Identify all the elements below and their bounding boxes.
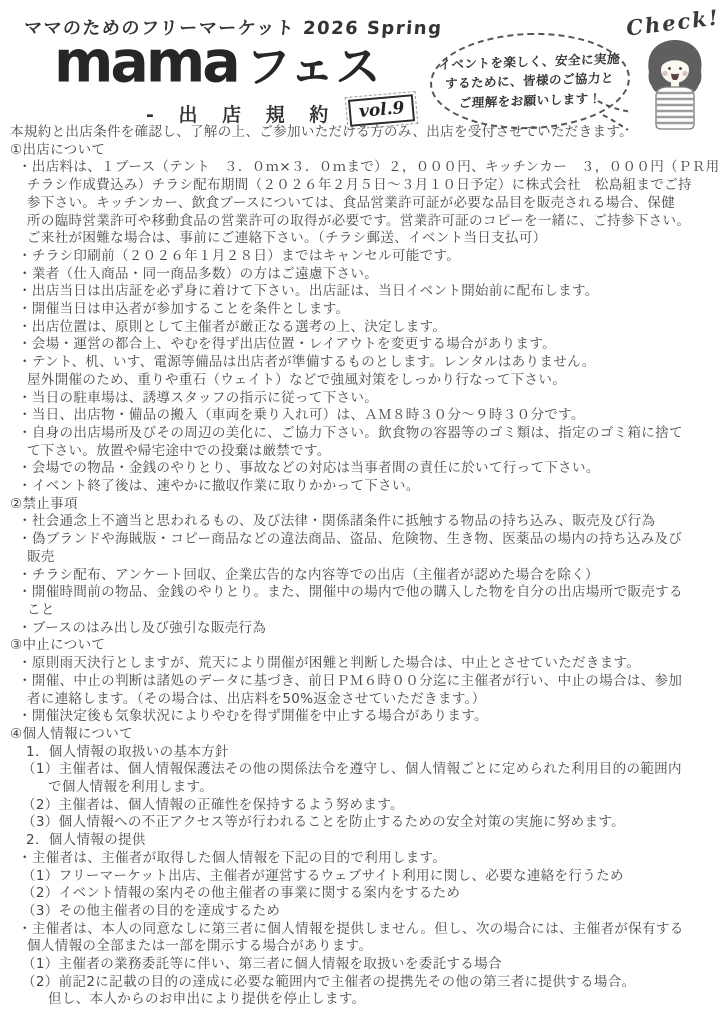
document-line: ・出店位置は、原則として主催者が厳正なる選考の上、決定します。 (10, 319, 720, 337)
document-line: ・会場・運営の都合上、やむを得ず出店位置・レイアウトを変更する場合があります。 (10, 336, 720, 354)
document-line: ・開催決定後も気象状況によりやむを得ず開催を中止する場合があります。 (10, 708, 720, 726)
document-line: ・当日の駐車場は、誘導スタッフの指示に従って下さい。 (10, 390, 720, 408)
document-line: ・開催当日は申込者が参加することを条件とします。 (10, 301, 720, 319)
document-line: 1．個人情報の取扱いの基本方針 (10, 744, 720, 762)
header: ママのためのフリーマーケット 2026 Spring mama フェス - 出 … (0, 0, 724, 126)
document-line: 本規約と出店条件を確認し、了解の上、ご参加いただける方のみ、出店を受付させていた… (10, 124, 720, 142)
document-line: ・チラシ印刷前（２０２６年１月２８日）まではキャンセル可能です。 (10, 248, 720, 266)
document-subtitle: - 出 店 規 約 - (146, 100, 370, 127)
speech-bubble-line: ご理解をお願いします！ (459, 88, 603, 112)
document-line: ②禁止事項 (10, 496, 720, 514)
document-line: 者に連絡します。（その場合は、出店料を50%返金させていただきます。） (10, 691, 720, 709)
logo-mama-text: mama (54, 33, 238, 91)
mascot-woman-illustration (632, 36, 718, 130)
document-line: （1）フリーマーケット出店、主催者が運営するウェブサイト利用に関し、必要な連絡を… (10, 868, 720, 886)
logo-fes-text: フェス (246, 44, 382, 91)
document-line: ・当日、出店物・備品の搬入（車両を乗り入れ可）は、ＡＭ８時３０分～９時３０分です… (10, 407, 720, 425)
volume-badge: vol.9 (348, 94, 416, 127)
document-line: 参下さい。キッチンカー、飲食ブースについては、食品営業許可証が必要な品目を販売さ… (10, 195, 720, 213)
terms-body: 本規約と出店条件を確認し、了解の上、ご参加いただける方のみ、出店を受付させていた… (10, 124, 720, 1009)
document-line: ・会場での物品・金銭のやりとり、事故などの対応は当事者間の責任に於いて行って下さ… (10, 460, 720, 478)
document-line: ・自身の出店場所及びその周辺の美化に、ご協力下さい。飲食物の容器等のゴミ類は、指… (10, 425, 720, 443)
document-line: ・チラシ配布、アンケート回収、企業広告的な内容等での出店（主催者が認めた場合を除… (10, 567, 720, 585)
document-line: 個人情報の全部または一部を開示する場合があります。 (10, 938, 720, 956)
terms-lines: 本規約と出店条件を確認し、了解の上、ご参加いただける方のみ、出店を受付させていた… (10, 124, 720, 1009)
document-line: ・社会通念上不適当と思われるもの、及び法律・関係諸条件に抵触する物品の持ち込み、… (10, 513, 720, 531)
document-line: （1）主催者は、個人情報保護法その他の関係法令を遵守し、個人情報ごとに定められた… (10, 761, 720, 779)
document-line: ・開催時間前の物品、金銭のやりとり。また、開催中の場内で他の購入した物を自分の出… (10, 584, 720, 602)
document-line: ・主催者は、本人の同意なしに第三者に個人情報を提供しません。但し、次の場合には、… (10, 921, 720, 939)
document-line: ・原則雨天決行としますが、荒天により開催が困難と判断した場合は、中止とさせていた… (10, 655, 720, 673)
document-line: ・出店料は、１ブース（テント ３．０ｍ×３．０ｍまで）２，０００円、キッチンカー… (10, 159, 720, 177)
document-line: ・ブースのはみ出し及び強引な販売行為 (10, 620, 720, 638)
document-line: ・開催、中止の判断は諸処のデータに基づき、前日ＰＭ６時００分迄に主催者が行い、中… (10, 673, 720, 691)
document-line: ③中止について (10, 637, 720, 655)
document-line: ・出店当日は出店証を必ず身に着けて下さい。出店証は、当日イベント開始前に配布しま… (10, 283, 720, 301)
document-line: 2．個人情報の提供 (10, 832, 720, 850)
document-line: て下さい。放置や帰宅途中での投棄は厳禁です。 (10, 443, 720, 461)
document-line: 販売 (10, 549, 720, 567)
document-line: （3）個人情報への不正アクセス等が行われることを防止するための安全対策の実施に努… (10, 814, 720, 832)
document-line: （2）前記2に記載の目的の達成に必要な範囲内で主催者の提携先その他の第三者に提供… (10, 974, 720, 992)
document-line: 屋外開催のため、重りや重石（ウェイト）などで強風対策をしっかり行なって下さい。 (10, 372, 720, 390)
document-line: 所の臨時営業許可や移動食品の営業許可の取得が必要です。営業許可証のコピーを一緒に… (10, 213, 720, 231)
document-line: （1）主催者の業務委託等に伴い、第三者に個人情報を取扱いを委託する場合 (10, 956, 720, 974)
document-line: （3）その他主催者の目的を達成するため (10, 903, 720, 921)
flyer-page: ママのためのフリーマーケット 2026 Spring mama フェス - 出 … (0, 0, 724, 1024)
document-line: ・テント、机、いす、電源等備品は出店者が準備するものとします。レンタルはありませ… (10, 354, 720, 372)
document-line: （2）主催者は、個人情報の正確性を保持するよう努めます。 (10, 797, 720, 815)
document-line: ・イベント終了後は、速やかに撤収作業に取りかかって下さい。 (10, 478, 720, 496)
document-line: ご来社が困難な場合は、事前にご連絡下さい。（チラシ郵送、イベント当日支払可） (10, 230, 720, 248)
document-line: ・業者（仕入商品・同一商品多数）の方はご遠慮下さい。 (10, 266, 720, 284)
document-line: （2）イベント情報の案内その他主催者の事業に関する案内をするため (10, 885, 720, 903)
document-line: ・主催者は、主催者が取得した個人情報を下記の目的で利用します。 (10, 850, 720, 868)
document-line: ・偽ブランドや海賊版・コピー商品などの違法商品、盗品、危険物、生き物、医薬品の場… (10, 531, 720, 549)
document-line: で個人情報を利用します。 (10, 779, 720, 797)
document-line: こと (10, 602, 720, 620)
document-line: チラシ作成費込み）チラシ配布期間（２０２６年２月５日～３月１０日予定）に株式会社… (10, 177, 720, 195)
document-line: ①出店について (10, 142, 720, 160)
document-line: 但し、本人からのお申出により提供を停止します。 (10, 991, 720, 1009)
document-line: ④個人情報について (10, 726, 720, 744)
event-logo: mama フェス (54, 34, 381, 91)
